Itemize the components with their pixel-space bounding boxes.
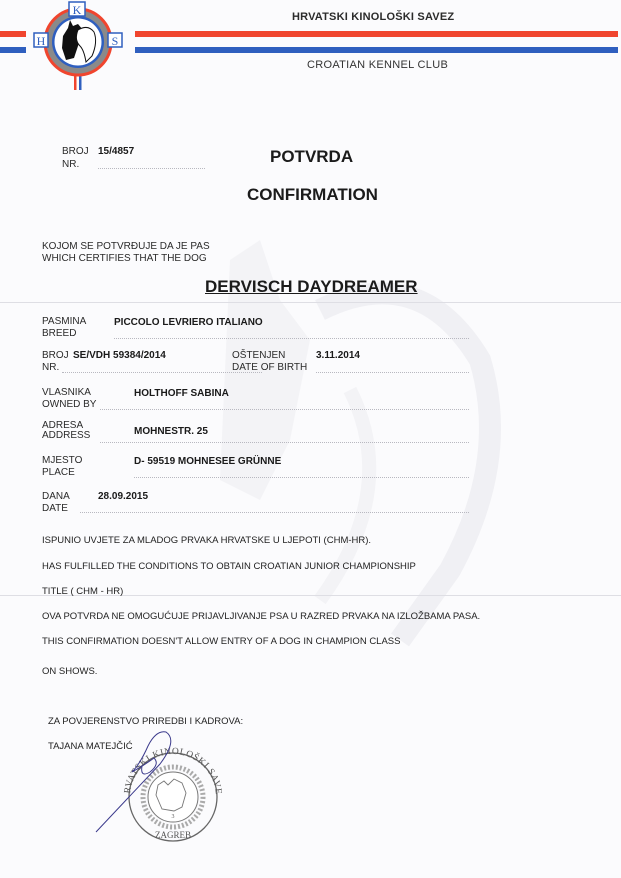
title-en: CONFIRMATION — [247, 185, 378, 205]
flag-stripe-red-right — [135, 31, 618, 37]
org-name: HRVATSKI KINOLOŠKI SAVEZ — [292, 11, 454, 23]
statement-1: ISPUNIO UVJETE ZA MLADOG PRVAKA HRVATSKE… — [42, 535, 371, 546]
place-label-en: PLACE — [42, 467, 75, 479]
address-label-en: ADDRESS — [42, 431, 90, 441]
intro-en: WHICH CERTIFIES THAT THE DOG — [42, 253, 207, 265]
reference-number: 15/4857 — [98, 146, 134, 157]
reg-number-label-en: NR. — [42, 362, 59, 374]
reg-number-value: SE/VDH 59384/2014 — [73, 350, 166, 361]
statement-6: ON SHOWS. — [42, 666, 97, 677]
flag-stripe-blue-right — [135, 47, 618, 53]
date-value: 28.09.2015 — [98, 491, 148, 502]
statement-2: HAS FULFILLED THE CONDITIONS TO OBTAIN C… — [42, 561, 416, 572]
place-value: D- 59519 MOHNESEE GRÜNNE — [134, 456, 281, 467]
date-label-en: DATE — [42, 503, 68, 515]
owner-label-en: OWNED BY — [42, 399, 96, 411]
dog-name: DERVISCH DAYDREAMER — [205, 277, 418, 297]
kennel-club-logo: K H S — [28, 0, 128, 90]
owner-label-hr: VLASNIKA — [42, 387, 91, 399]
logo-letter-h: H — [37, 34, 46, 48]
owner-value: HOLTHOFF SABINA — [134, 388, 229, 399]
address-value: MOHNESTR. 25 — [134, 426, 208, 437]
title-hr: POTVRDA — [270, 147, 353, 167]
birth-date-label-hr: OŠTENJEN — [232, 350, 285, 362]
breed-label-hr: PASMINA — [42, 316, 86, 328]
signature-scrawl-icon — [90, 720, 180, 840]
breed-label-en: BREED — [42, 328, 76, 340]
date-label-hr: DANA — [42, 491, 70, 503]
statement-5: THIS CONFIRMATION DOESN'T ALLOW ENTRY OF… — [42, 636, 400, 647]
logo-letter-k: K — [73, 3, 82, 17]
dog-watermark-icon — [200, 240, 520, 660]
reg-number-label-hr: BROJ — [42, 350, 69, 362]
flag-stripe-blue-left — [0, 47, 26, 53]
birth-date-value: 3.11.2014 — [316, 350, 360, 361]
statement-4: OVA POTVRDA NE OMOGUĆUJE PRIJAVLJIVANJE … — [42, 611, 480, 622]
breed-value: PICCOLO LEVRIERO ITALIANO — [114, 317, 263, 328]
place-label-hr: MJESTO — [42, 455, 82, 467]
flag-stripe-red-left — [0, 31, 26, 37]
birth-date-label-en: DATE OF BIRTH — [232, 362, 307, 374]
intro-hr: KOJOM SE POTVRĐUJE DA JE PAS — [42, 241, 210, 253]
statement-3: TITLE ( CHM - HR) — [42, 586, 123, 597]
org-name-en: CROATIAN KENNEL CLUB — [307, 59, 448, 71]
paper-fold-line — [0, 302, 621, 303]
logo-letter-s: S — [112, 34, 119, 48]
reference-label-en: NR. — [62, 159, 79, 171]
reference-label-hr: BROJ — [62, 146, 89, 158]
